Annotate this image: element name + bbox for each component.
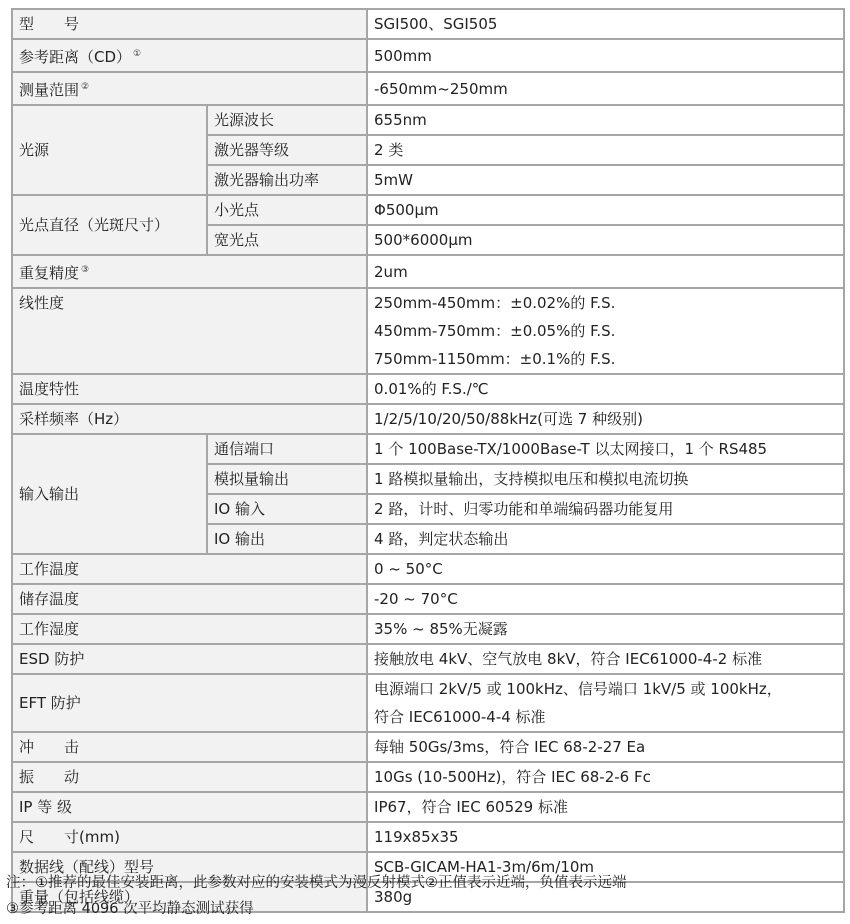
row-value: 250mm-450mm：±0.02%的 F.S. 450mm-750mm：±0.… [367, 288, 844, 374]
table-row-model: 型 号 SGI500、SGI505 [12, 9, 844, 39]
sub-label: 通信端口 [207, 434, 367, 464]
row-label: 工作温度 [12, 554, 367, 584]
row-label: 储存温度 [12, 584, 367, 614]
row-value: 1/2/5/10/20/50/88kHz(可选 7 种级别) [367, 404, 844, 434]
row-value: IP67，符合 IEC 60529 标准 [367, 792, 844, 822]
group-label: 光源 [12, 105, 207, 195]
sub-label: 激光器输出功率 [207, 165, 367, 195]
row-value: 655nm [367, 105, 844, 135]
table-row-eft: EFT 防护 电源端口 2kV/5 或 100kHz、信号端口 1kV/5 或 … [12, 674, 844, 732]
row-label: EFT 防护 [12, 674, 367, 732]
value-line: 电源端口 2kV/5 或 100kHz、信号端口 1kV/5 或 100kHz， [374, 675, 837, 703]
row-label: 线性度 [12, 288, 367, 374]
footnotes: 注：①推荐的最佳安装距离，此参数对应的安装模式为漫反射模式②正值表示近端，负值表… [6, 870, 627, 922]
table-row-dimensions: 尺 寸(mm) 119x85x35 [12, 822, 844, 852]
table-row-light-source-1: 光源 光源波长 655nm [12, 105, 844, 135]
table-row-ref-distance: 参考距离（CD）① 500mm [12, 39, 844, 72]
row-value: -650mm~250mm [367, 72, 844, 105]
row-value: 接触放电 4kV、空气放电 8kV，符合 IEC61000-4-2 标准 [367, 644, 844, 674]
row-label: 温度特性 [12, 374, 367, 404]
row-label: IP 等 级 [12, 792, 367, 822]
value-line: 250mm-450mm：±0.02%的 F.S. [374, 289, 837, 317]
table-row-sampling-freq: 采样频率（Hz） 1/2/5/10/20/50/88kHz(可选 7 种级别) [12, 404, 844, 434]
row-label: 测量范围② [12, 72, 367, 105]
table-row-vibration: 振 动 10Gs (10-500Hz)，符合 IEC 68-2-6 Fc [12, 762, 844, 792]
row-value: 2um [367, 255, 844, 288]
value-line: 450mm-750mm：±0.05%的 F.S. [374, 317, 837, 345]
group-label: 输入输出 [12, 434, 207, 554]
row-value: 119x85x35 [367, 822, 844, 852]
group-label: 光点直径（光斑尺寸） [12, 195, 207, 255]
table-row-io-1: 输入输出 通信端口 1 个 100Base-TX/1000Base-T 以太网接… [12, 434, 844, 464]
row-label: 尺 寸(mm) [12, 822, 367, 852]
sub-label: 激光器等级 [207, 135, 367, 165]
table-row-shock: 冲 击 每轴 50Gs/3ms，符合 IEC 68-2-27 Ea [12, 732, 844, 762]
footnote-line-1: 注：①推荐的最佳安装距离，此参数对应的安装模式为漫反射模式②正值表示近端，负值表… [6, 870, 627, 896]
table-row-storage-temp: 储存温度 -20 ~ 70°C [12, 584, 844, 614]
row-value: 2 路，计时、归零功能和单端编码器功能复用 [367, 494, 844, 524]
row-value: 10Gs (10-500Hz)，符合 IEC 68-2-6 Fc [367, 762, 844, 792]
label-text: 型 号 [19, 15, 79, 33]
sub-label: 模拟量输出 [207, 464, 367, 494]
sub-label: 宽光点 [207, 225, 367, 255]
table-row-esd: ESD 防护 接触放电 4kV、空气放电 8kV，符合 IEC61000-4-2… [12, 644, 844, 674]
row-value: 每轴 50Gs/3ms，符合 IEC 68-2-27 Ea [367, 732, 844, 762]
value-line: 符合 IEC61000-4-4 标准 [374, 703, 837, 731]
label-text: 参考距离（CD） [19, 48, 131, 66]
row-value: 电源端口 2kV/5 或 100kHz、信号端口 1kV/5 或 100kHz，… [367, 674, 844, 732]
table-row-repeatability: 重复精度③ 2um [12, 255, 844, 288]
row-value: 500*6000μm [367, 225, 844, 255]
table-row-spot-1: 光点直径（光斑尺寸） 小光点 Φ500μm [12, 195, 844, 225]
row-value: 1 路模拟量输出，支持模拟电压和模拟电流切换 [367, 464, 844, 494]
value-line: 750mm-1150mm：±0.1%的 F.S. [374, 345, 837, 373]
row-value: 4 路，判定状态输出 [367, 524, 844, 554]
table-row-linearity: 线性度 250mm-450mm：±0.02%的 F.S. 450mm-750mm… [12, 288, 844, 374]
sub-label: 小光点 [207, 195, 367, 225]
table-row-measure-range: 测量范围② -650mm~250mm [12, 72, 844, 105]
row-label: 冲 击 [12, 732, 367, 762]
footnote-marker: ② [81, 82, 89, 92]
row-value: SGI500、SGI505 [367, 9, 844, 39]
row-value: 500mm [367, 39, 844, 72]
sub-label: 光源波长 [207, 105, 367, 135]
table-row-operating-humidity: 工作湿度 35% ~ 85%无凝露 [12, 614, 844, 644]
footnote-line-2: ③参考距离 4096 次平均静态测试获得 [6, 896, 627, 922]
row-value: 2 类 [367, 135, 844, 165]
row-label: 参考距离（CD）① [12, 39, 367, 72]
spec-table: 型 号 SGI500、SGI505 参考距离（CD）① 500mm 测量范围② … [11, 8, 845, 913]
row-value: -20 ~ 70°C [367, 584, 844, 614]
sub-label: IO 输出 [207, 524, 367, 554]
row-label: 振 动 [12, 762, 367, 792]
sub-label: IO 输入 [207, 494, 367, 524]
label-text: 测量范围 [19, 81, 79, 99]
table-row-temp-characteristic: 温度特性 0.01%的 F.S./℃ [12, 374, 844, 404]
row-label: 重复精度③ [12, 255, 367, 288]
row-value: Φ500μm [367, 195, 844, 225]
table-row-ip-rating: IP 等 级 IP67，符合 IEC 60529 标准 [12, 792, 844, 822]
row-value: 0.01%的 F.S./℃ [367, 374, 844, 404]
footnote-marker: ① [133, 49, 141, 59]
row-label: 工作湿度 [12, 614, 367, 644]
footnote-marker: ③ [81, 265, 89, 275]
row-label: 型 号 [12, 9, 367, 39]
row-label: 采样频率（Hz） [12, 404, 367, 434]
row-value: 5mW [367, 165, 844, 195]
row-label: ESD 防护 [12, 644, 367, 674]
row-value: 35% ~ 85%无凝露 [367, 614, 844, 644]
label-text: 重复精度 [19, 264, 79, 282]
table-row-operating-temp: 工作温度 0 ~ 50°C [12, 554, 844, 584]
row-value: 1 个 100Base-TX/1000Base-T 以太网接口，1 个 RS48… [367, 434, 844, 464]
row-value: 0 ~ 50°C [367, 554, 844, 584]
